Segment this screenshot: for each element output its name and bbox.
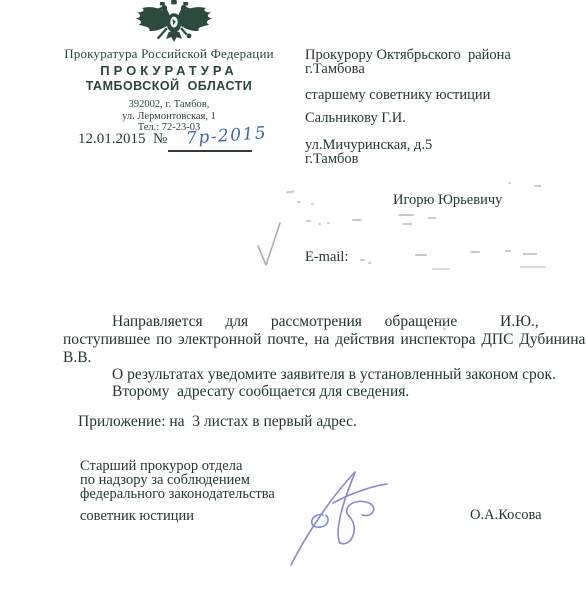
letterhead: Прокуратура Российской Федерации ПРОКУРА…	[33, 46, 305, 134]
recipient-line2: г.Тамбова	[305, 61, 365, 78]
redaction-trace	[415, 254, 427, 256]
document-date: 12.01.2015	[78, 131, 146, 148]
body-line4: О результатах уведомите заявителя в уста…	[112, 366, 556, 384]
pencil-checkmark	[253, 218, 285, 272]
redaction-trace	[318, 223, 321, 225]
handwritten-signature	[283, 453, 415, 571]
redaction-trace	[470, 251, 480, 253]
body-line3: В.В.	[63, 349, 91, 367]
number-sign-label: №	[153, 131, 167, 148]
recipient-name: Сальникову Г.И.	[305, 110, 406, 127]
redaction-trace	[505, 250, 511, 252]
org-country-line: Прокуратура Российской Федерации	[33, 46, 305, 62]
recipient-rank: старшему советнику юстиции	[305, 87, 490, 104]
body-line1-initials: И.Ю.,	[500, 313, 539, 331]
redaction-trace	[286, 190, 294, 193]
redaction-trace	[403, 223, 412, 225]
redaction-trace	[534, 185, 541, 187]
body-line1-text: Направляется для рассмотрения обращение	[112, 313, 457, 331]
redaction-trace	[368, 262, 371, 264]
org-name-line2: ТАМБОВСКОЙ ОБЛАСТИ	[33, 79, 305, 93]
number-underline	[168, 150, 252, 152]
redaction-trace	[428, 217, 436, 219]
redaction-trace	[327, 222, 330, 224]
applicant-name-visible: Игорю Юрьевичу	[393, 192, 502, 209]
redaction-trace	[306, 220, 311, 222]
signer-rank: советник юстиции	[80, 509, 194, 523]
redaction-trace	[311, 203, 314, 205]
email-label: E-mail:	[305, 249, 349, 266]
body-line2: поступившее по электронной почте, на дей…	[63, 331, 585, 349]
redaction-trace	[398, 214, 414, 216]
redaction-trace	[443, 328, 446, 330]
redaction-trace	[352, 219, 362, 221]
attachment-line: Приложение: на 3 листах в первый адрес.	[78, 413, 357, 431]
signer-name: О.А.Косова	[470, 508, 542, 522]
signer-position-line3: федерального законодательства	[80, 487, 275, 501]
redaction-trace	[523, 253, 537, 255]
scanned-letter-page: Прокуратура Российской Федерации ПРОКУРА…	[0, 0, 587, 614]
org-address-line: 392002, г. Тамбов,	[33, 99, 305, 111]
redaction-trace	[437, 318, 446, 320]
coat-of-arms-eagle-icon	[128, 0, 220, 46]
redaction-trace	[508, 182, 511, 184]
body-line5: Второму адресату сообщается для сведения…	[112, 383, 409, 401]
outgoing-number-handwritten: 7р-2015	[185, 123, 267, 149]
redaction-trace	[297, 201, 301, 203]
org-address-line: ул. Лермонтовская, 1	[33, 111, 305, 123]
redaction-trace	[520, 266, 546, 268]
recipient-address-line2: г.Тамбов	[305, 151, 359, 168]
redaction-trace	[360, 259, 365, 261]
redaction-trace	[432, 268, 450, 270]
org-name-line1: ПРОКУРАТУРА	[33, 63, 305, 78]
